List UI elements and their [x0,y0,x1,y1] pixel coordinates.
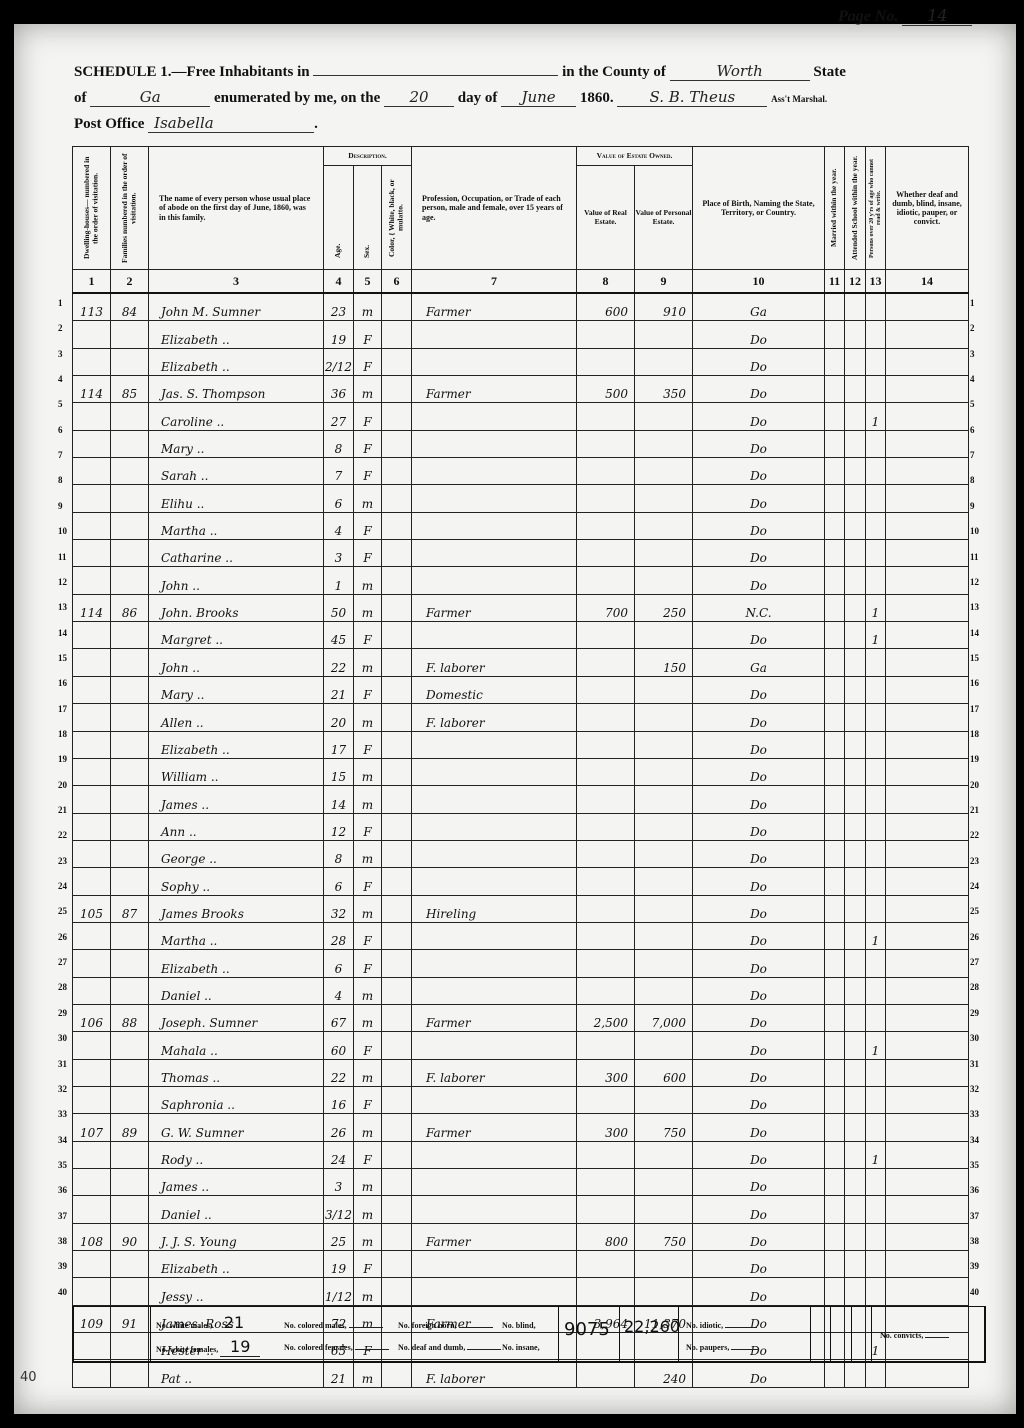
married-within-year [825,293,845,321]
line-number: 29 [58,1008,67,1018]
personal-estate-value [635,786,693,813]
col-header-age: Age. [324,166,354,270]
occupation: F. laborer [412,704,577,731]
occupation: Farmer [412,594,577,621]
dwelling-number [73,1141,111,1168]
occupation: Farmer [412,376,577,403]
person-name: William .. [149,758,324,785]
col-number: 1 [73,270,111,294]
line-number: 8 [970,475,975,485]
disability [886,1059,969,1086]
age: 60 [324,1032,354,1059]
age: 8 [324,840,354,867]
occupation [412,868,577,895]
married-within-year [825,430,845,457]
disability [886,1032,969,1059]
age: 27 [324,403,354,430]
occupation [412,1278,577,1305]
attended-school [845,922,866,949]
cannot-read-write [866,1169,886,1196]
attended-school [845,1251,866,1278]
disability [886,458,969,485]
person-name: Caroline .. [149,403,324,430]
color [382,594,412,621]
table-row: Mary ..8FDo [73,430,969,457]
line-number: 8 [58,475,63,485]
real-estate-value: 2,500 [577,1004,635,1031]
family-number [111,1196,149,1223]
sex: m [354,485,382,512]
line-number: 11 [58,552,67,562]
col-header-dwelling: Dwelling-houses— numbered in the order o… [73,147,111,270]
birthplace: Do [693,430,825,457]
cannot-read-write [866,1086,886,1113]
color [382,1004,412,1031]
color [382,676,412,703]
dwelling-number [73,567,111,594]
col-number: 14 [886,270,969,294]
person-name: James .. [149,1169,324,1196]
col-group-description: Description. [324,147,412,166]
page-number-label: Page No. 14 [838,6,972,26]
dwelling-number [73,977,111,1004]
occupation: Farmer [412,1114,577,1141]
page-number: 14 [902,6,972,26]
family-number: 84 [111,293,149,321]
married-within-year [825,758,845,785]
dwelling-number: 114 [73,376,111,403]
sex: m [354,1059,382,1086]
personal-estate-total: 22,260 [624,1317,680,1336]
table-row: Catharine ..3FDo [73,540,969,567]
white-males-value: 21 [214,1313,254,1333]
personal-estate-value [635,622,693,649]
dwelling-number [73,321,111,348]
personal-estate-value [635,567,693,594]
real-estate-value: 700 [577,594,635,621]
attended-school [845,758,866,785]
family-number: 89 [111,1114,149,1141]
line-number: 7 [970,450,975,460]
real-estate-value [577,1169,635,1196]
table-row: Daniel ..3/12mDo [73,1196,969,1223]
disability [886,376,969,403]
attended-school [845,321,866,348]
dwelling-number [73,813,111,840]
line-number: 21 [58,805,67,815]
table-row: Elizabeth ..2/12FDo [73,348,969,375]
married-within-year [825,895,845,922]
dwelling-number [73,1360,111,1387]
occupation [412,512,577,539]
col-number: 8 [577,270,635,294]
cannot-read-write [866,376,886,403]
real-estate-value [577,649,635,676]
occupation [412,1032,577,1059]
real-estate-value [577,321,635,348]
family-number [111,649,149,676]
cannot-read-write [866,786,886,813]
age: 2/12 [324,348,354,375]
line-number: 24 [58,881,67,891]
real-estate-value: 500 [577,376,635,403]
post-office-field: Isabella [148,114,314,133]
cannot-read-write [866,1196,886,1223]
line-number: 19 [58,754,67,764]
age: 14 [324,786,354,813]
occupation [412,321,577,348]
line-number: 18 [58,729,67,739]
line-number: 23 [58,856,67,866]
person-name: Sarah .. [149,458,324,485]
occupation: F. laborer [412,1360,577,1387]
family-number [111,622,149,649]
disability [886,977,969,1004]
married-within-year [825,676,845,703]
disability [886,1196,969,1223]
occupation [412,950,577,977]
attended-school [845,868,866,895]
personal-estate-value [635,430,693,457]
married-within-year [825,840,845,867]
person-name: Elizabeth .. [149,348,324,375]
cannot-read-write [866,1114,886,1141]
age: 23 [324,293,354,321]
table-row: 11486John. Brooks50mFarmer700250N.C.1 [73,594,969,621]
married-within-year [825,1223,845,1250]
colored-females: No. colored females, [284,1343,389,1352]
line-number: 36 [970,1185,979,1195]
family-number [111,950,149,977]
disability [886,950,969,977]
personal-estate-value [635,840,693,867]
family-number [111,403,149,430]
col-header-birthplace: Place of Birth, Naming the State, Territ… [693,147,825,270]
county-label: in the County of [562,64,666,80]
real-estate-value [577,840,635,867]
person-name: Saphronia .. [149,1086,324,1113]
birthplace: Do [693,676,825,703]
attended-school [845,403,866,430]
real-estate-value: 600 [577,293,635,321]
line-number: 12 [970,577,979,587]
table-row: Saphronia ..16FDo [73,1086,969,1113]
married-within-year [825,458,845,485]
color [382,348,412,375]
line-number: 1 [970,298,975,308]
enumeration-line: of Ga enumerated by me, on the 20 day of… [74,88,827,107]
attended-school [845,458,866,485]
attended-school [845,594,866,621]
age: 3 [324,540,354,567]
sex: m [354,1278,382,1305]
paupers: No. paupers, [686,1343,759,1352]
color [382,1141,412,1168]
personal-estate-value [635,485,693,512]
color [382,1169,412,1196]
dwelling-number [73,704,111,731]
table-row: Jessy ..1/12mDo [73,1278,969,1305]
col-header-color: Color, { White, black, or mulatto. [382,166,412,270]
sex: F [354,458,382,485]
occupation: Farmer [412,293,577,321]
cannot-read-write [866,321,886,348]
dwelling-number: 105 [73,895,111,922]
line-number: 24 [970,881,979,891]
color [382,512,412,539]
table-row: James ..14mDo [73,786,969,813]
sex: m [354,1169,382,1196]
age: 24 [324,1141,354,1168]
family-number: 90 [111,1223,149,1250]
table-row: 10587James Brooks32mHirelingDo [73,895,969,922]
line-number: 31 [970,1059,979,1069]
cannot-read-write [866,704,886,731]
real-estate-value [577,622,635,649]
age: 8 [324,430,354,457]
personal-estate-value [635,922,693,949]
birthplace: Do [693,922,825,949]
family-number [111,1169,149,1196]
age: 21 [324,1360,354,1387]
family-number [111,1059,149,1086]
color [382,922,412,949]
schedule-title-line: SCHEDULE 1.—Free Inhabitants in in the C… [74,62,846,81]
cannot-read-write [866,567,886,594]
line-number: 38 [970,1236,979,1246]
birthplace: Do [693,1278,825,1305]
person-name: Jessy .. [149,1278,324,1305]
personal-estate-value [635,1086,693,1113]
married-within-year [825,1114,845,1141]
attended-school [845,1114,866,1141]
birthplace: Do [693,1114,825,1141]
family-number [111,977,149,1004]
disability [886,1223,969,1250]
occupation: F. laborer [412,1059,577,1086]
real-estate-value [577,458,635,485]
occupation [412,786,577,813]
family-number [111,567,149,594]
married-within-year [825,649,845,676]
cannot-read-write: 1 [866,622,886,649]
person-name: Martha .. [149,922,324,949]
real-estate-value [577,895,635,922]
occupation: F. laborer [412,649,577,676]
dwelling-number [73,1278,111,1305]
person-name: John .. [149,649,324,676]
table-row: Elihu ..6mDo [73,485,969,512]
table-row: Ann ..12FDo [73,813,969,840]
person-name: Mahala .. [149,1032,324,1059]
birthplace: Do [693,868,825,895]
table-row: William ..15mDo [73,758,969,785]
personal-estate-value [635,1251,693,1278]
line-number: 5 [970,399,975,409]
line-number: 15 [970,653,979,663]
line-number: 4 [58,374,63,384]
married-within-year [825,1278,845,1305]
birthplace: Do [693,321,825,348]
col-number: 11 [825,270,845,294]
line-number: 11 [970,552,979,562]
state-field: Ga [90,88,210,107]
age: 45 [324,622,354,649]
cannot-read-write [866,293,886,321]
sex: F [354,731,382,758]
table-row: Martha ..4FDo [73,512,969,539]
personal-estate-value [635,950,693,977]
attended-school [845,348,866,375]
person-name: Martha .. [149,512,324,539]
sex: m [354,594,382,621]
dwelling-number: 107 [73,1114,111,1141]
sex: F [354,676,382,703]
married-within-year [825,1251,845,1278]
line-number: 36 [58,1185,67,1195]
color [382,1114,412,1141]
attended-school [845,813,866,840]
line-number: 14 [58,628,67,638]
birthplace: Do [693,977,825,1004]
personal-estate-value [635,895,693,922]
line-number: 4 [970,374,975,384]
personal-estate-value [635,458,693,485]
married-within-year [825,1360,845,1387]
color [382,1360,412,1387]
person-name: G. W. Sumner [149,1114,324,1141]
occupation [412,977,577,1004]
age: 19 [324,321,354,348]
birthplace: Do [693,1223,825,1250]
birthplace: Do [693,403,825,430]
dwelling-number [73,1032,111,1059]
line-number: 12 [58,577,67,587]
person-name: Daniel .. [149,1196,324,1223]
attended-school [845,1360,866,1387]
married-within-year [825,1004,845,1031]
attended-school [845,977,866,1004]
married-within-year [825,376,845,403]
married-within-year [825,321,845,348]
birthplace: Ga [693,649,825,676]
birthplace: Do [693,1360,825,1387]
sex: F [354,430,382,457]
family-number: 86 [111,594,149,621]
col-header-disability: Whether deaf and dumb, blind, insane, id… [886,147,969,270]
cannot-read-write [866,1059,886,1086]
cannot-read-write [866,731,886,758]
dwelling-number [73,458,111,485]
table-row: Elizabeth ..19FDo [73,1251,969,1278]
table-row: Sophy ..6FDo [73,868,969,895]
family-number [111,704,149,731]
personal-estate-value: 910 [635,293,693,321]
occupation [412,622,577,649]
line-number: 21 [970,805,979,815]
personal-estate-value: 150 [635,649,693,676]
personal-estate-value: 600 [635,1059,693,1086]
birthplace: Do [693,704,825,731]
line-number: 35 [58,1160,67,1170]
line-number: 20 [970,780,979,790]
sex: m [354,840,382,867]
color [382,1278,412,1305]
color [382,430,412,457]
cannot-read-write [866,1251,886,1278]
personal-estate-value [635,704,693,731]
table-row: Mary ..21FDomesticDo [73,676,969,703]
married-within-year [825,1086,845,1113]
disability [886,1141,969,1168]
age: 6 [324,868,354,895]
cannot-read-write [866,1223,886,1250]
attended-school [845,512,866,539]
color [382,293,412,321]
disability [886,321,969,348]
person-name: John. Brooks [149,594,324,621]
family-number [111,922,149,949]
occupation [412,1196,577,1223]
disability [886,1278,969,1305]
line-number: 17 [58,704,67,714]
color [382,786,412,813]
person-name: Elizabeth .. [149,950,324,977]
cannot-read-write [866,813,886,840]
line-number: 30 [58,1033,67,1043]
table-row: Mahala ..60FDo1 [73,1032,969,1059]
dwelling-number: 114 [73,594,111,621]
deaf-dumb: No. deaf and dumb, [398,1343,501,1352]
cannot-read-write [866,430,886,457]
personal-estate-value [635,977,693,1004]
census-table: Dwelling-houses— numbered in the order o… [72,146,969,1388]
personal-estate-value [635,1169,693,1196]
personal-estate-value [635,1141,693,1168]
line-number: 34 [58,1135,67,1145]
line-number: 37 [58,1211,67,1221]
real-estate-value [577,758,635,785]
insane: No. insane, [502,1343,540,1352]
married-within-year [825,622,845,649]
married-within-year [825,1196,845,1223]
age: 50 [324,594,354,621]
real-estate-value [577,813,635,840]
color [382,403,412,430]
person-name: Daniel .. [149,977,324,1004]
dwelling-number [73,485,111,512]
disability [886,840,969,867]
col-header-personal-estate: Value of Personal Estate. [635,166,693,270]
birthplace: Do [693,1059,825,1086]
disability [886,1169,969,1196]
disability [886,758,969,785]
dwelling-number [73,622,111,649]
age: 17 [324,731,354,758]
personal-estate-value [635,321,693,348]
sex: m [354,758,382,785]
family-number [111,731,149,758]
married-within-year [825,1032,845,1059]
col-header-married: Married within the year. [825,147,845,270]
age: 3 [324,1169,354,1196]
birthplace: Do [693,567,825,594]
age: 12 [324,813,354,840]
birthplace: Do [693,1251,825,1278]
disability [886,567,969,594]
married-within-year [825,348,845,375]
dwelling-number: 113 [73,293,111,321]
